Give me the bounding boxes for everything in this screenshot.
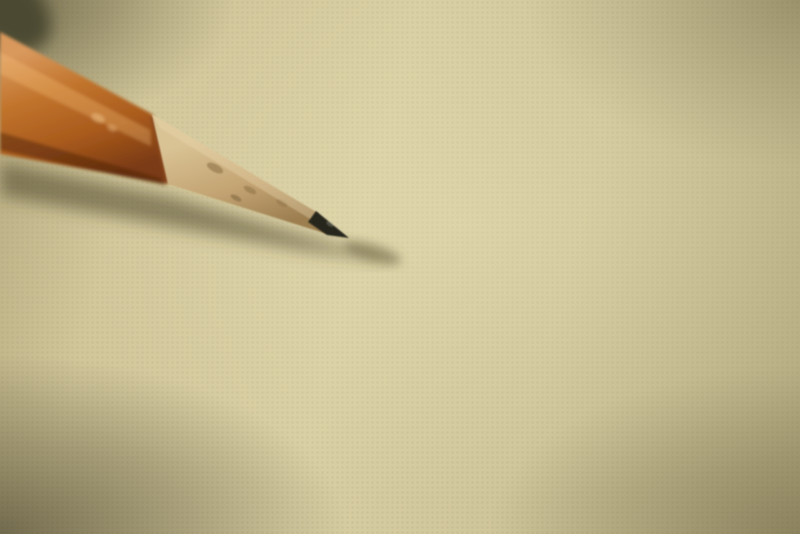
answer-sheet-photo bbox=[0, 0, 800, 534]
pencil-body bbox=[0, 32, 168, 186]
pencil-tip bbox=[308, 211, 349, 238]
pencil bbox=[0, 0, 800, 534]
